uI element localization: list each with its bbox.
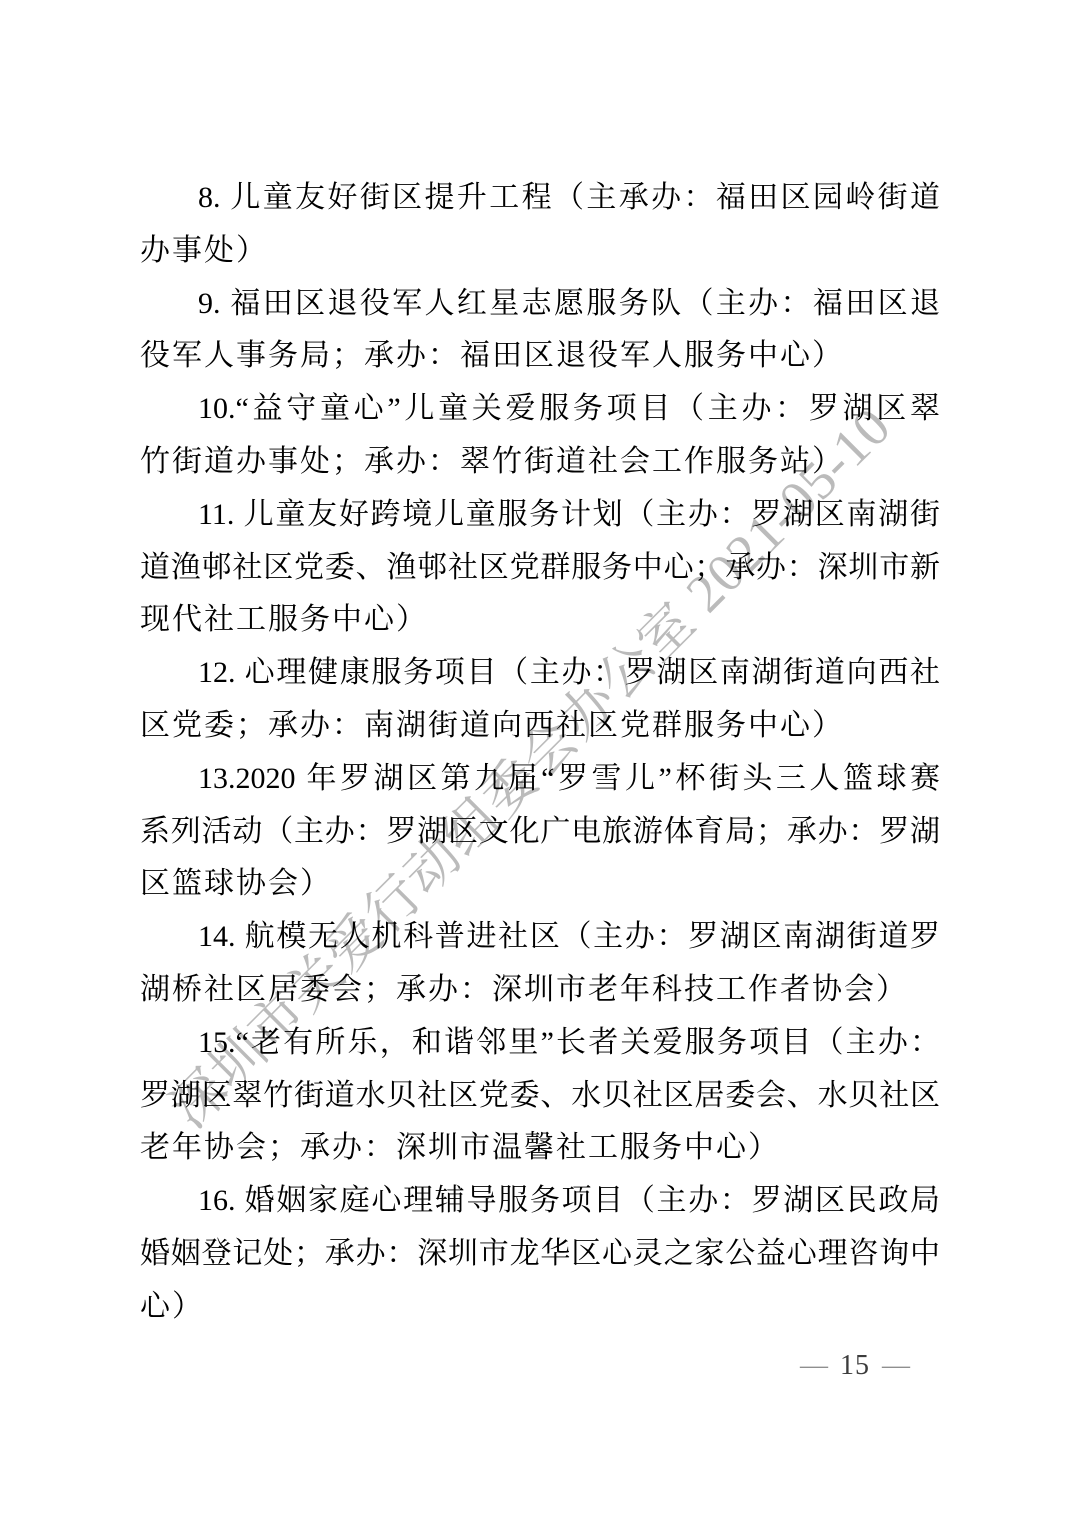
footer-dash-right: — xyxy=(882,1350,910,1382)
document-line: 9. 福田区退役军人红星志愿服务队（主办：福田区退 xyxy=(140,278,940,331)
document-line: 11. 儿童友好跨境儿童服务计划（主办：罗湖区南湖街 xyxy=(140,489,940,542)
document-line: 罗湖区翠竹街道水贝社区党委、水贝社区居委会、水贝社区 xyxy=(140,1070,940,1123)
page-footer: — 15 — xyxy=(800,1350,910,1382)
document-line: 系列活动（主办：罗湖区文化广电旅游体育局；承办：罗湖 xyxy=(140,806,940,859)
document-line: 竹街道办事处；承办：翠竹街道社会工作服务站） xyxy=(140,436,940,489)
document-line: 道渔邨社区党委、渔邨社区党群服务中心；承办：深圳市新 xyxy=(140,542,940,595)
document-line: 湖桥社区居委会；承办：深圳市老年科技工作者协会） xyxy=(140,964,940,1017)
document-line: 心） xyxy=(140,1281,940,1334)
document-line: 10.“益守童心”儿童关爱服务项目（主办：罗湖区翠 xyxy=(140,383,940,436)
document-line: 现代社工服务中心） xyxy=(140,594,940,647)
document-line: 14. 航模无人机科普进社区（主办：罗湖区南湖街道罗 xyxy=(140,911,940,964)
document-line: 老年协会；承办：深圳市温馨社工服务中心） xyxy=(140,1122,940,1175)
document-line: 婚姻登记处；承办：深圳市龙华区心灵之家公益心理咨询中 xyxy=(140,1228,940,1281)
document-line: 15.“老有所乐，和谐邻里”长者关爱服务项目（主办： xyxy=(140,1017,940,1070)
document-line: 役军人事务局；承办：福田区退役军人服务中心） xyxy=(140,330,940,383)
document-line: 8. 儿童友好街区提升工程（主承办：福田区园岭街道 xyxy=(140,172,940,225)
page-number: 15 xyxy=(840,1350,870,1382)
document-page: 深圳市关爱行动组委会办公室 2021-05-10 8. 儿童友好街区提升工程（主… xyxy=(0,0,1080,1527)
document-line: 区篮球协会） xyxy=(140,858,940,911)
document-line: 13.2020 年罗湖区第九届“罗雪儿”杯街头三人篮球赛 xyxy=(140,753,940,806)
footer-dash-left: — xyxy=(800,1350,828,1382)
document-line: 办事处） xyxy=(140,225,940,278)
document-body: 8. 儿童友好街区提升工程（主承办：福田区园岭街道 办事处） 9. 福田区退役军… xyxy=(140,172,940,1334)
document-line: 12. 心理健康服务项目（主办：罗湖区南湖街道向西社 xyxy=(140,647,940,700)
document-line: 16. 婚姻家庭心理辅导服务项目（主办：罗湖区民政局 xyxy=(140,1175,940,1228)
document-line: 区党委；承办：南湖街道向西社区党群服务中心） xyxy=(140,700,940,753)
